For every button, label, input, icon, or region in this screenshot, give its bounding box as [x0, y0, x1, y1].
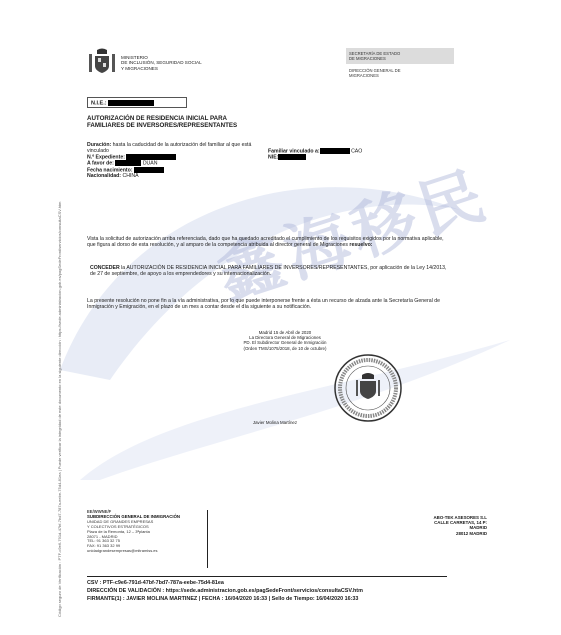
csv-code: CSV : PTF-c9e6-791d-47bf-7bd7-787a-eebe-… — [87, 579, 363, 587]
concession-text: la AUTORIZACIÓN DE RESIDENCIA INICIAL PA… — [90, 265, 446, 277]
recipient-line: 28012 MADRID — [410, 531, 487, 536]
redacted-name — [115, 160, 141, 166]
secretaria-box: SECRETARÍA DE ESTADO DE MIGRACIONES — [346, 48, 454, 64]
recipient-address: ABO-TEK ASESORES S.L CALLE CARRETAS, 14 … — [410, 515, 487, 536]
resolution-text: Vista la solicitud de autorización arrib… — [87, 236, 444, 248]
validation-block: CSV : PTF-c9e6-791d-47bf-7bd7-787a-eebe-… — [87, 579, 363, 604]
validation-url[interactable]: DIRECCIÓN DE VALIDACIÓN : https://sede.a… — [87, 587, 363, 595]
signature-line: (Orden TMS/1075/2018, de 10 de octubre) — [215, 346, 355, 351]
validation-divider — [87, 576, 447, 577]
redacted-birthdate — [134, 167, 164, 173]
duracion-value: hasta la caducidad de la autorización de… — [87, 142, 251, 154]
linked-family-member: Familiar vinculado a: CAO NIE: — [268, 148, 362, 161]
familiar-nie-label: NIE: — [268, 155, 278, 161]
resolution-paragraph: Vista la solicitud de autorización arrib… — [87, 236, 452, 248]
official-seal-icon — [333, 353, 403, 423]
nie-label: N.I.E.: — [91, 100, 107, 106]
ministry-line: Y MIGRACIONES — [121, 66, 202, 71]
direccion-line: MIGRACIONES — [349, 73, 401, 78]
secretaria-line: DE MIGRACIONES — [349, 56, 454, 61]
title-line: FAMILIARES DE INVERSORES/REPRESENTANTES — [87, 122, 237, 129]
redacted-nie — [108, 100, 154, 106]
coat-of-arms-icon — [87, 48, 117, 74]
signature-block: Madrid 15 de Abril de 2020 La Directora … — [215, 330, 355, 351]
redacted-family-nie — [278, 154, 306, 160]
redacted-family-name — [320, 148, 350, 154]
concession-paragraph: CONCEDER la AUTORIZACIÓN DE RESIDENCIA I… — [90, 265, 450, 277]
verification-sidebar-text: Código seguro de Verificación : PTF-c9e6… — [57, 37, 62, 617]
nacionalidad-value: CHINA — [122, 173, 138, 179]
a-favor-label: A favor de: — [87, 161, 114, 167]
conceder-label: CONCEDER — [90, 265, 120, 271]
issuing-office-address: EE/WWNE/F SUBDIRECCIÓN GENERAL DE INMIGR… — [87, 510, 180, 554]
title-line: AUTORIZACIÓN DE RESIDENCIA INICIAL PARA — [87, 115, 237, 122]
direccion-general: DIRECCIÓN GENERAL DE MIGRACIONES — [349, 68, 401, 78]
familiar-nie-row: NIE: — [268, 154, 362, 160]
watermark-swoosh-graphic — [40, 150, 561, 480]
redacted-expediente — [126, 154, 176, 160]
appeal-paragraph: La presente resolución no pone fin a la … — [87, 298, 452, 310]
vinculado-surname: CAO — [351, 148, 362, 154]
document-page: 鑫海移民 Código seguro de Verificación : PTF… — [0, 0, 561, 635]
signer-name: Javier Molina Martínez — [200, 420, 350, 425]
email-line: unidadgrandesempresas@mitramiss.es — [87, 549, 180, 554]
duracion-row: Duración: hasta la caducidad de la autor… — [87, 142, 262, 154]
ministry-name: MINISTERIO DE INCLUSIÓN, SEGURIDAD SOCIA… — [121, 55, 202, 71]
resuelvo-label: resuelvo: — [349, 242, 372, 248]
applicant-details: Duración: hasta la caducidad de la autor… — [87, 142, 262, 179]
document-title: AUTORIZACIÓN DE RESIDENCIA INICIAL PARA … — [87, 115, 237, 129]
nacionalidad-row: Nacionalidad: CHINA — [87, 173, 262, 179]
nie-box: N.I.E.: — [87, 97, 187, 108]
footer-divider — [207, 510, 208, 568]
signer-timestamp: FIRMANTE(1) : JAVIER MOLINA MARTINEZ | F… — [87, 595, 363, 603]
nacionalidad-label: Nacionalidad: — [87, 173, 121, 179]
